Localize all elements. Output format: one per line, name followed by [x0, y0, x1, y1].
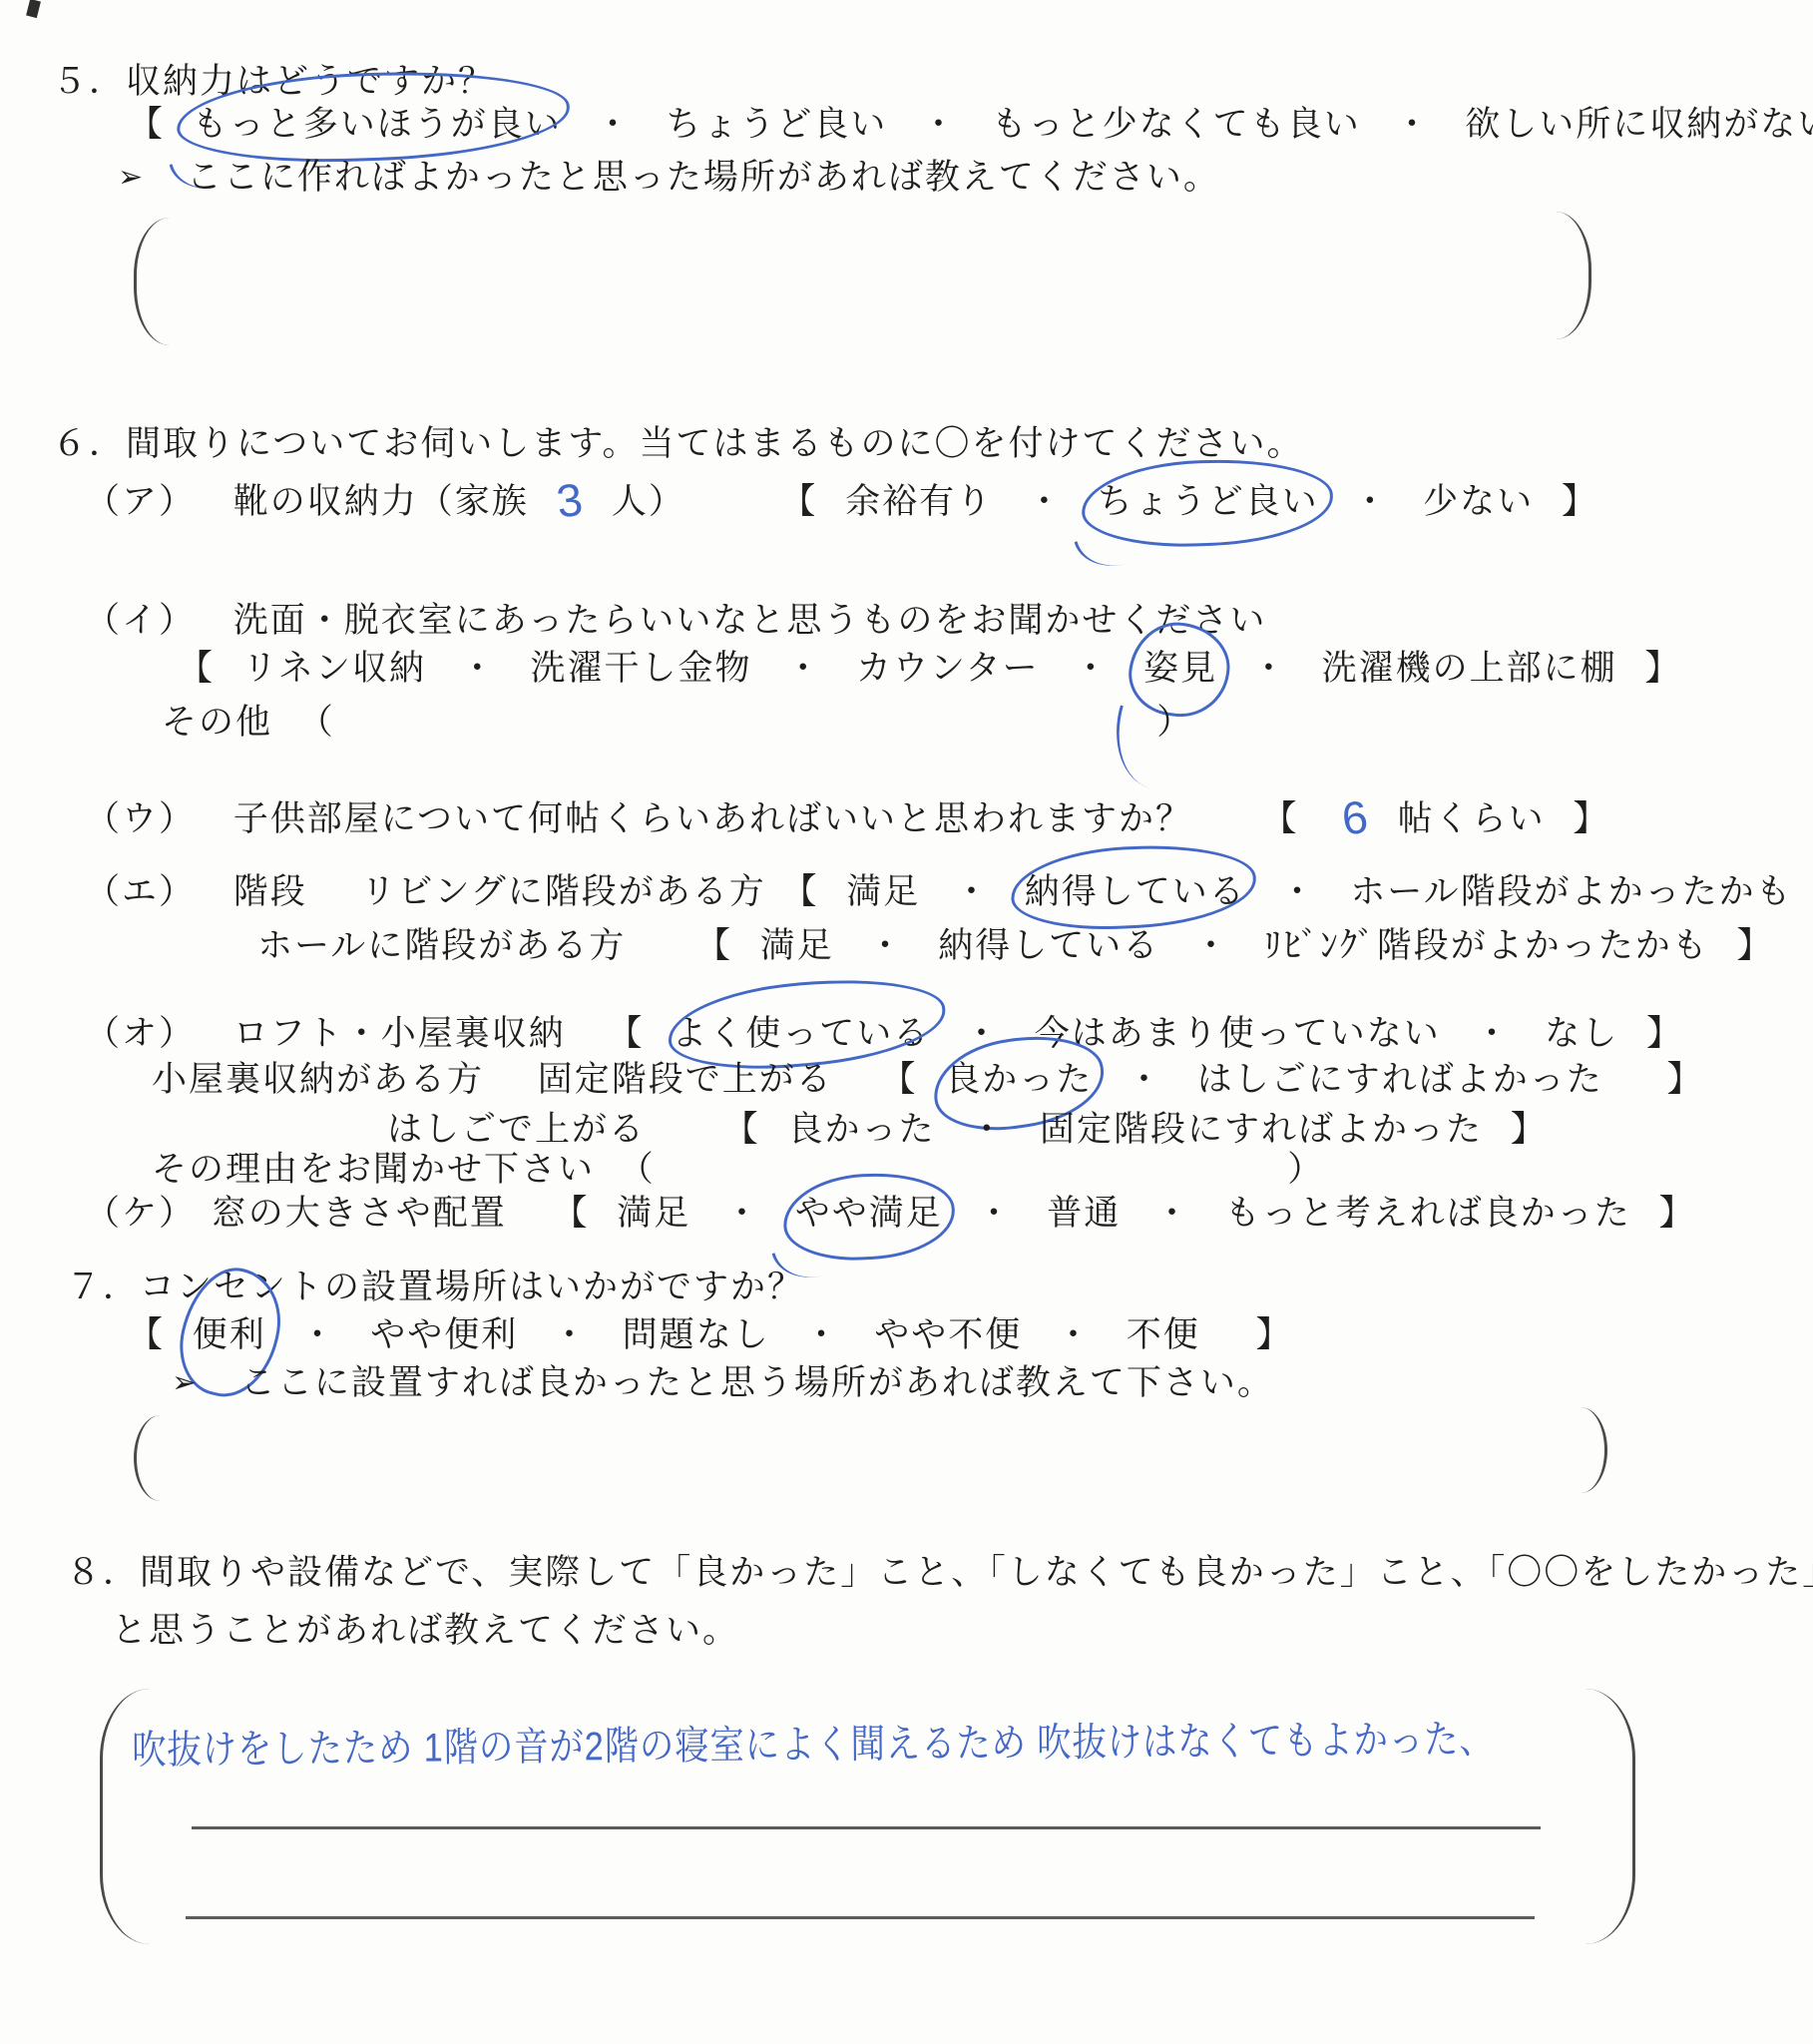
option-separator: ・	[969, 1110, 1006, 1149]
option-separator: ・	[552, 1315, 589, 1354]
q7-prompt-text: ここに設置すれば良かったと思う場所があれば教えて下さい。	[240, 1363, 1274, 1402]
q6-a-label: （ア）	[85, 482, 196, 521]
q6-i-other-label: その他	[162, 703, 272, 742]
paren-close: ）	[1156, 703, 1193, 742]
q5-answer-box-paren-left	[134, 218, 173, 345]
q6-e-topic: 階段	[233, 872, 307, 911]
option-label: 普通	[1047, 1192, 1121, 1236]
q6-u-label: （ウ）	[85, 799, 196, 838]
bracket-open: 【	[782, 872, 819, 911]
option-separator: ・	[921, 105, 958, 144]
q6-title: ６．間取りについてお伺いします。当てはまるものに〇を付けてください。	[52, 422, 1304, 466]
q6-u-question-text: 子供部屋について何帖くらいあればいいと思われますか？	[233, 799, 1192, 838]
bracket-open: 【	[881, 1060, 918, 1099]
option-label: やや便利	[370, 1313, 518, 1357]
q6-o-sub-label: 小屋裏収納がある方	[152, 1060, 484, 1099]
bracket-close: 】	[1511, 1110, 1548, 1149]
q6-ke-label: （ケ）	[85, 1194, 196, 1233]
bracket-open: 【	[695, 926, 732, 965]
bracket-open: 【	[128, 105, 165, 144]
q5-options-row: 【 もっと多いほうが良い ・ ちょうど良い ・ もっと少なくても良い ・ 欲しい…	[112, 103, 1813, 147]
option-label: 洗濯干し金物	[531, 647, 752, 691]
option-separator: ・	[1154, 1194, 1191, 1233]
q8-title-line2: と思うことがあれば教えてください。	[112, 1609, 739, 1653]
option-label-circled: もっと多いほうが良い	[193, 103, 562, 147]
q6-i-question-text: 洗面・脱衣室にあったらいいなと思うものをお聞かせください	[233, 601, 1267, 640]
q6-a-row: （ア） 靴の収納力（家族 3 人） 【 余裕有り ・ ちょうど良い ・ 少ない …	[85, 469, 1614, 527]
q7-answer-box-paren-right	[1569, 1407, 1607, 1493]
paren-open: （	[619, 1150, 656, 1189]
option-label-circled: ちょうど良い	[1098, 480, 1319, 524]
bracket-open: 【	[780, 482, 817, 521]
option-label: 欲しい所に収納がない	[1465, 103, 1813, 147]
q6-e-row2: ホールに階段がある方 【 満足 ・ 納得している ・ ﾘﾋﾞﾝｸﾞ階段がよかった…	[257, 924, 1790, 968]
option-separator: ・	[1475, 1014, 1512, 1053]
option-separator: ・	[1280, 872, 1317, 911]
paren-open: （	[298, 703, 335, 742]
q6-i-other-row: その他 （ ）	[162, 701, 1193, 745]
option-separator: ・	[1352, 482, 1389, 521]
blank-answer-space	[668, 1180, 1276, 1181]
option-separator: ・	[1056, 1315, 1093, 1354]
option-separator: ・	[868, 926, 905, 965]
arrow-icon: ➢	[118, 161, 145, 194]
option-label: ちょうど良い	[666, 103, 887, 147]
bracket-close: 】	[1737, 926, 1774, 965]
q6-e-row1-label: リビングに階段がある方	[361, 872, 766, 911]
q7-prompt: ➢ ここに設置すれば良かったと思う場所があれば教えて下さい。	[172, 1361, 1274, 1405]
option-label: 固定階段にすればよかった	[1040, 1108, 1483, 1152]
bracket-open: 【	[178, 649, 215, 688]
q7-answer-box-paren-left	[134, 1415, 173, 1501]
q6-o-row3-label: はしごで上がる	[387, 1110, 646, 1149]
q6-o-row3: はしごで上がる 【 良かった ・ 固定階段にすればよかった 】	[387, 1108, 1564, 1152]
q5-prompt: ➢ ここに作ればよかったと思った場所があれば教えてください。	[118, 156, 1220, 200]
option-separator: ・	[977, 1194, 1014, 1233]
paren-close: ）	[1287, 1150, 1324, 1189]
q6-ke-topic: 窓の大きさや配置	[212, 1194, 507, 1233]
option-separator: ・	[460, 649, 497, 688]
option-separator: ・	[1027, 482, 1064, 521]
scanned-survey-page: { "document_type": "housing-survey-quest…	[0, 0, 1813, 2044]
option-label: 満足	[617, 1192, 690, 1236]
option-label: 良かった	[788, 1108, 936, 1152]
option-label-circled: 姿見	[1143, 647, 1217, 691]
q6-ke-row: （ケ） 窓の大きさや配置 【 満足 ・ やや満足 ・ 普通 ・ もっと考えれば良…	[85, 1192, 1712, 1236]
q6-i-options-row: 【 リネン収納 ・ 洗濯干し金物 ・ カウンター ・ 姿見 ・ 洗濯機の上部に棚…	[162, 647, 1697, 691]
option-label: ホール階段がよかったかも	[1350, 870, 1792, 914]
q5-answer-box-paren-right	[1553, 212, 1591, 339]
option-label: リネン収納	[242, 647, 426, 691]
q6-o-reason-label: その理由をお聞かせ下さい	[152, 1150, 595, 1189]
bracket-open: 【	[128, 1315, 165, 1354]
option-separator: ・	[300, 1315, 337, 1354]
option-separator: ・	[785, 649, 822, 688]
option-label: 満足	[846, 870, 920, 914]
option-label: もっと少なくても良い	[992, 103, 1361, 147]
handwritten-jo-value: 6	[1339, 788, 1373, 848]
q7-title: ７．コンセントの設置場所はいかがですか？	[66, 1266, 804, 1309]
q7-options-row: 【 便利 ・ やや便利 ・ 問題なし ・ やや不便 ・ 不便 】	[112, 1313, 1309, 1357]
arrow-icon: ➢	[172, 1366, 199, 1399]
option-label: 満足	[760, 924, 834, 968]
q6-e-row2-label: ホールに階段がある方	[257, 926, 626, 965]
option-label: もっと考えれば良かった	[1225, 1192, 1631, 1236]
option-label: 今はあまり使っていない	[1035, 1012, 1441, 1056]
q6-a-text: 靴の収納力（家族	[233, 482, 529, 521]
option-label-circled: よく使っている	[672, 1012, 930, 1056]
option-label: 問題なし	[623, 1313, 770, 1357]
q6-o-label: （オ）	[85, 1014, 196, 1053]
q5-title: ５．収納力はどうですか？	[52, 60, 495, 104]
bracket-close: 】	[1646, 1014, 1683, 1053]
option-label: 納得している	[938, 924, 1159, 968]
option-label: はしごにすればよかった	[1197, 1058, 1603, 1102]
option-label-circled: 良かった	[945, 1058, 1093, 1102]
blank-answer-space	[347, 733, 1145, 734]
option-separator: ・	[954, 872, 991, 911]
answer-rule-line	[192, 1826, 1541, 1829]
option-separator: ・	[1251, 649, 1288, 688]
handwritten-q8-answer: 吹抜けをしたため 1階の音が2階の寝室によく聞えるため 吹抜けはなくてもよかった…	[132, 1708, 1495, 1776]
q6-u-row: （ウ） 子供部屋について何帖くらいあればいいと思われますか？ 【 6 帖くらい …	[85, 786, 1625, 844]
q6-o-topic: ロフト・小屋裏収納	[233, 1014, 566, 1053]
option-separator: ・	[1073, 649, 1110, 688]
bracket-open: 【	[723, 1110, 760, 1149]
scan-artifact	[26, 0, 41, 18]
bracket-open: 【	[608, 1014, 645, 1053]
q6-i-label: （イ）	[85, 601, 196, 640]
bracket-open: 【	[553, 1194, 590, 1233]
option-label-circled: 納得している	[1025, 870, 1246, 914]
option-separator: ・	[1127, 1060, 1163, 1099]
q6-e-row1: （エ） 階段 リビングに階段がある方 【 満足 ・ 納得している ・ ホール階段…	[85, 870, 1813, 914]
option-label: カウンター	[856, 647, 1040, 691]
option-separator: ・	[596, 105, 633, 144]
bracket-close: 】	[1562, 482, 1598, 521]
bracket-close: 】	[1644, 649, 1681, 688]
option-label: ﾘﾋﾞﾝｸﾞ階段がよかったかも	[1264, 924, 1709, 968]
q6-o-reason-row: その理由をお聞かせ下さい （ ）	[152, 1148, 1324, 1192]
option-label: 洗濯機の上部に棚	[1322, 647, 1617, 691]
bracket-close: 】	[1573, 799, 1609, 838]
option-label: 余裕有り	[845, 480, 993, 524]
bracket-open: 【	[1262, 799, 1299, 838]
bracket-close: 】	[1667, 1060, 1704, 1099]
q8-answer-box-paren-right	[1583, 1689, 1635, 1944]
q8-title-line1: ８．間取りや設備などで、実際して「良かった」こと、「しなくても良かった」こと、「…	[66, 1551, 1813, 1595]
option-label: なし	[1545, 1012, 1618, 1056]
option-label-circled: やや満足	[795, 1192, 943, 1236]
q6-e-label: （エ）	[85, 872, 196, 911]
option-separator: ・	[1395, 105, 1432, 144]
option-separator: ・	[964, 1014, 1001, 1053]
spacer	[697, 512, 753, 513]
option-label: やや不便	[874, 1313, 1022, 1357]
q6-u-unit: 帖くらい	[1398, 799, 1546, 838]
option-separator: ・	[804, 1315, 841, 1354]
q6-i-question: （イ） 洗面・脱衣室にあったらいいなと思うものをお聞かせください	[85, 599, 1266, 643]
q6-o-row2: 小屋裏収納がある方 固定階段で上がる 【 良かった ・ はしごにすればよかった …	[152, 1058, 1720, 1102]
option-separator: ・	[724, 1194, 761, 1233]
bracket-close: 】	[1659, 1194, 1696, 1233]
option-label: 不便	[1127, 1313, 1200, 1357]
q6-a-text2: 人）	[612, 482, 685, 521]
option-label-circled: 便利	[193, 1313, 266, 1357]
handwritten-family-count: 3	[553, 471, 587, 531]
option-separator: ・	[1193, 926, 1230, 965]
spacer	[1204, 829, 1234, 830]
q6-o-row2-label: 固定階段で上がる	[538, 1060, 833, 1099]
option-label: 少ない	[1423, 480, 1534, 524]
q5-prompt-text: ここに作ればよかったと思った場所があれば教えてください。	[187, 158, 1220, 197]
q6-o-row1: （オ） ロフト・小屋裏収納 【 よく使っている ・ 今はあまり使っていない ・ …	[85, 1012, 1699, 1056]
answer-rule-line	[186, 1916, 1535, 1919]
bracket-close: 】	[1256, 1315, 1293, 1354]
